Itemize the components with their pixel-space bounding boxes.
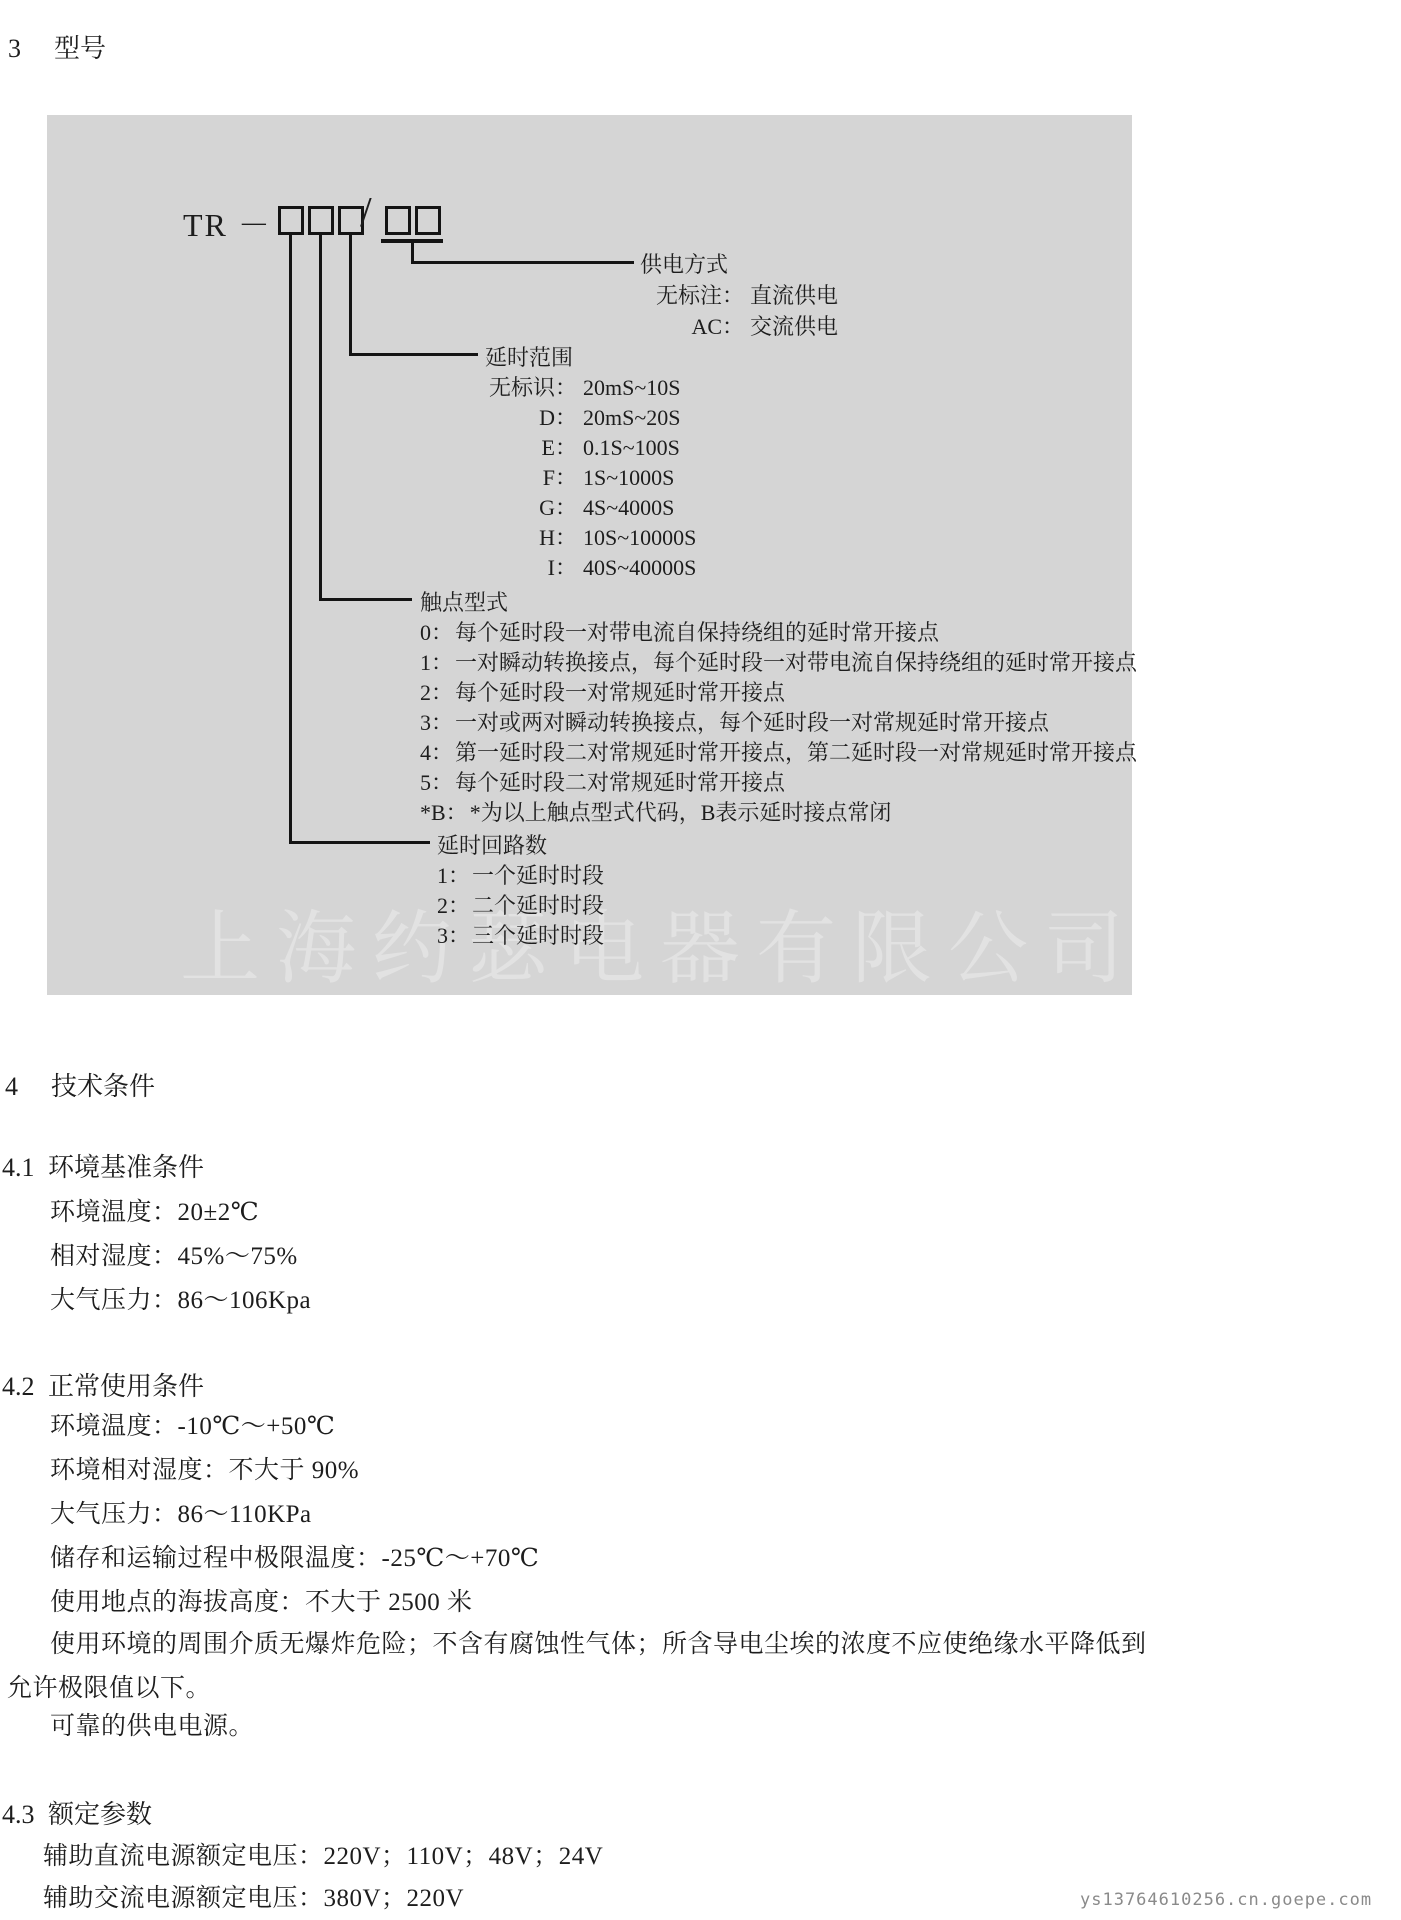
branch-item-key: AC：: [640, 311, 744, 342]
branch-item-key: 3：: [437, 923, 470, 948]
branch-item-row: 无标注： 直流供电: [640, 280, 838, 311]
model-code-box-2: [308, 206, 334, 235]
connector-contact-horizontal: [319, 598, 412, 601]
branch-item-value: 0.1S~100S: [583, 433, 680, 463]
body-line: 大气压力：86～106Kpa: [50, 1280, 311, 1316]
model-code-prefix: TR －: [183, 200, 272, 246]
section4-title: 技术条件: [51, 1072, 155, 1101]
model-code-box-1: [278, 206, 304, 235]
branch-item-value: 直流供电: [750, 280, 838, 311]
branch-item-row: H： 10S~10000S: [485, 523, 696, 553]
branch-item-value: 每个延时段二对常规延时常开接点: [455, 770, 785, 795]
branch-item-row: G： 4S~4000S: [485, 493, 696, 523]
branch-circuits-title: 延时回路数: [437, 831, 604, 861]
branch-item-key: F：: [485, 463, 577, 493]
connector-range-vertical: [349, 235, 352, 356]
section43-number: 4.3: [2, 1800, 48, 1830]
branch-item-value: 1S~1000S: [583, 463, 674, 493]
branch-item-value: 每个延时段一对带电流自保持绕组的延时常开接点: [455, 620, 939, 645]
section4-number: 4: [5, 1072, 51, 1102]
branch-item-key: *B：: [420, 800, 468, 825]
branch-item-key: 2：: [437, 893, 470, 918]
branch-item-row: 3：三个延时时段: [437, 921, 604, 951]
body-paragraph-line2: 允许极限值以下。: [7, 1668, 211, 1704]
section3-number: 3: [8, 34, 54, 64]
model-code-box-5: [415, 206, 441, 235]
branch-delay-range: 延时范围 无标识： 20mS~10S D： 20mS~20S E： 0.1S~1…: [485, 343, 696, 583]
branch-item-value: 二个延时时段: [472, 893, 604, 918]
branch-power-supply: 供电方式 无标注： 直流供电 AC： 交流供电: [640, 250, 838, 342]
section3-title: 型号: [54, 34, 106, 63]
branch-item-key: H：: [485, 523, 577, 553]
branch-item-value: 20mS~20S: [583, 403, 681, 433]
section4-heading: 4技术条件: [5, 1066, 155, 1103]
branch-contact-title: 触点型式: [420, 588, 1137, 618]
body-line: 相对湿度：45%～75%: [50, 1236, 298, 1272]
connector-power-horizontal: [411, 261, 634, 264]
company-watermark: 上海约瑟电器有限公司: [180, 884, 1140, 999]
connector-contact-vertical: [319, 235, 322, 601]
branch-item-value: 40S~40000S: [583, 553, 696, 583]
connector-circuits-horizontal: [289, 841, 430, 844]
branch-range-title: 延时范围: [485, 343, 696, 373]
branch-item-value: 一对瞬动转换接点，每个延时段一对带电流自保持绕组的延时常开接点: [455, 650, 1137, 675]
branch-item-row: 5：每个延时段二对常规延时常开接点: [420, 768, 1137, 798]
branch-item-value: 三个延时时段: [472, 923, 604, 948]
branch-item-row: 4：第一延时段二对常规延时常开接点，第二延时段一对常规延时常开接点: [420, 738, 1137, 768]
branch-item-key: 2：: [420, 680, 453, 705]
branch-item-value: 一对或两对瞬动转换接点，每个延时段一对常规延时常开接点: [455, 710, 1049, 735]
footer-watermark: ys13764610256.cn.goepe.com: [1080, 1890, 1372, 1910]
body-closing-line: 可靠的供电电源。: [50, 1706, 254, 1742]
connector-circuits-vertical: [289, 235, 292, 844]
body-line: 辅助直流电源额定电压：220V；110V；48V；24V: [43, 1836, 603, 1872]
branch-item-value: 4S~4000S: [583, 493, 674, 523]
section41-number: 4.1: [2, 1153, 48, 1183]
section3-heading: 3型号: [8, 28, 106, 65]
body-line: 大气压力：86～110KPa: [50, 1494, 312, 1530]
branch-item-key: D：: [485, 403, 577, 433]
branch-item-key: I：: [485, 553, 577, 583]
connector-range-horizontal: [349, 353, 478, 356]
body-line: 使用地点的海拔高度：不大于 2500 米: [50, 1582, 473, 1618]
branch-delay-circuits: 延时回路数 1：一个延时时段 2：二个延时时段 3：三个延时时段: [437, 831, 604, 951]
body-line: 环境相对湿度：不大于 90%: [50, 1450, 359, 1486]
branch-item-value: 10S~10000S: [583, 523, 696, 553]
branch-contact-type: 触点型式 0：每个延时段一对带电流自保持绕组的延时常开接点 1：一对瞬动转换接点…: [420, 588, 1137, 828]
branch-item-key: 0：: [420, 620, 453, 645]
section41-title: 环境基准条件: [48, 1153, 204, 1182]
branch-item-row: 2：二个延时时段: [437, 891, 604, 921]
branch-item-value: 每个延时段一对常规延时常开接点: [455, 680, 785, 705]
section42-number: 4.2: [2, 1372, 48, 1402]
branch-item-row: 2：每个延时段一对常规延时常开接点: [420, 678, 1137, 708]
branch-item-key: 5：: [420, 770, 453, 795]
document-page: 3型号 上海约瑟电器有限公司 TR － / 供电方式 无标注： 直流供电 AC：…: [0, 0, 1401, 1920]
branch-item-value: 第一延时段二对常规延时常开接点，第二延时段一对常规延时常开接点: [455, 740, 1137, 765]
branch-item-row: AC： 交流供电: [640, 311, 838, 342]
branch-item-key: 3：: [420, 710, 453, 735]
body-line: 环境温度：20±2℃: [50, 1192, 259, 1228]
section41-heading: 4.1环境基准条件: [2, 1147, 204, 1184]
body-line: 辅助交流电源额定电压：380V；220V: [43, 1878, 464, 1914]
branch-item-row: E： 0.1S~100S: [485, 433, 696, 463]
branch-item-row: F： 1S~1000S: [485, 463, 696, 493]
branch-item-value: 交流供电: [750, 311, 838, 342]
branch-item-key: 1：: [420, 650, 453, 675]
branch-item-row: I： 40S~40000S: [485, 553, 696, 583]
section43-heading: 4.3额定参数: [2, 1794, 152, 1831]
section42-title: 正常使用条件: [48, 1372, 204, 1401]
body-line: 储存和运输过程中极限温度：-25℃～+70℃: [50, 1538, 539, 1574]
branch-item-value: 20mS~10S: [583, 373, 681, 403]
branch-item-key: 无标识：: [485, 373, 577, 403]
branch-item-row: D： 20mS~20S: [485, 403, 696, 433]
branch-power-title: 供电方式: [640, 250, 838, 280]
branch-item-key: E：: [485, 433, 577, 463]
branch-item-key: 4：: [420, 740, 453, 765]
body-line: 环境温度：-10℃～+50℃: [50, 1406, 335, 1442]
branch-item-row: 1：一个延时时段: [437, 861, 604, 891]
section43-title: 额定参数: [48, 1800, 152, 1829]
branch-item-key: 无标注：: [640, 280, 744, 311]
branch-item-row: 1：一对瞬动转换接点，每个延时段一对带电流自保持绕组的延时常开接点: [420, 648, 1137, 678]
model-code-slash: /: [360, 192, 372, 234]
branch-item-row: *B：*为以上触点型式代码，B表示延时接点常闭: [420, 798, 1137, 828]
section42-heading: 4.2正常使用条件: [2, 1366, 204, 1403]
body-paragraph-line1: 使用环境的周围介质无爆炸危险；不含有腐蚀性气体；所含导电尘埃的浓度不应使绝缘水平…: [50, 1624, 1147, 1660]
model-code-box-4: [385, 206, 411, 235]
branch-item-key: G：: [485, 493, 577, 523]
branch-item-row: 无标识： 20mS~10S: [485, 373, 696, 403]
branch-item-value: 一个延时时段: [472, 863, 604, 888]
branch-item-key: 1：: [437, 863, 470, 888]
branch-item-row: 0：每个延时段一对带电流自保持绕组的延时常开接点: [420, 618, 1137, 648]
branch-item-value: *为以上触点型式代码，B表示延时接点常闭: [470, 800, 892, 825]
branch-item-row: 3：一对或两对瞬动转换接点，每个延时段一对常规延时常开接点: [420, 708, 1137, 738]
